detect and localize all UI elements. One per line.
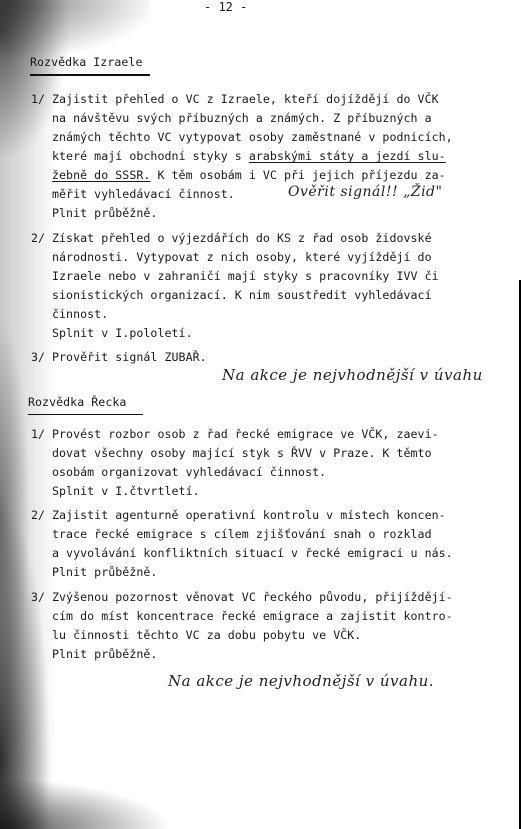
- item-line: Zajistit agenturně operativní kontrolu v…: [52, 508, 446, 523]
- item-line: měřit vyhledávací činnost.: [52, 187, 235, 202]
- item-line: dovat všechny osoby mající styk s ŘVV v …: [52, 446, 432, 461]
- item-line: cím do míst koncentrace řecké emigrace a…: [52, 609, 453, 624]
- item-line: a vyvolávání konfliktních situací v řeck…: [52, 546, 453, 561]
- item-line: národnosti. Vytypovat z nich osoby, kter…: [52, 250, 432, 265]
- item-line: trace řecké emigrace s cílem zjišťování …: [52, 527, 432, 542]
- handwritten-note: Na akce je nejvhodnější v úvahu: [222, 366, 483, 384]
- underlined-text: žebně do SSSR.: [52, 168, 150, 182]
- heading-underline: [28, 414, 143, 415]
- item-line: známých těchto VC vytypovat osoby zaměst…: [52, 130, 453, 145]
- item-number: 2/: [31, 231, 45, 246]
- line-part: K těm osobám i VC při jejich příjezdu za…: [150, 168, 445, 182]
- scan-edge-line: [519, 280, 521, 829]
- item-line: sionistických organizací. K nim soustřed…: [52, 288, 432, 303]
- item-line: činnost.: [52, 307, 108, 322]
- item-line: Plnit průběžně.: [52, 565, 157, 580]
- page-number: - 12 -: [204, 0, 247, 14]
- item-number: 2/: [31, 508, 45, 523]
- section-heading-israel: Rozvědka Izraele: [30, 55, 142, 70]
- item-line: Plnit průběžně.: [52, 206, 157, 221]
- item-number: 1/: [31, 427, 45, 442]
- item-line: Získat přehled o výjezdářích do KS z řad…: [52, 231, 432, 246]
- scan-shadow-bottom: [0, 780, 170, 829]
- item-line: Provést rozbor osob z řad řecké emigrace…: [52, 427, 439, 442]
- item-line: Splnit v I.čtvrtletí.: [52, 484, 200, 499]
- item-line: lu činnosti těchto VC za dobu pobytu ve …: [52, 628, 361, 643]
- document-page: - 12 - Rozvědka Izraele 1/ Zajistit přeh…: [0, 0, 522, 829]
- item-line: žebně do SSSR. K těm osobám i VC při jej…: [52, 168, 446, 183]
- heading-underline: [30, 74, 150, 76]
- handwritten-note: Na akce je nejvhodnější v úvahu.: [168, 672, 434, 690]
- item-line: Plnit průběžně.: [52, 647, 157, 662]
- underlined-text: arabskými státy a jezdí slu-: [249, 149, 446, 163]
- line-part: které mají obchodní styky s: [52, 149, 249, 163]
- item-number: 3/: [31, 590, 45, 605]
- handwritten-note: Ověřit signál!! „Žid": [288, 184, 442, 200]
- item-line: Izraele nebo v zahraničí mají styky s pr…: [52, 269, 439, 284]
- item-line: Zajistit přehled o VC z Izraele, kteří d…: [52, 92, 439, 107]
- item-line: Zvýšenou pozornost věnovat VC řeckého pů…: [52, 590, 453, 605]
- item-number: 3/: [31, 350, 45, 365]
- item-line: na návštěvu svých příbuzných a známých. …: [52, 111, 432, 126]
- item-line: Splnit v I.pololetí.: [52, 326, 193, 341]
- item-number: 1/: [31, 92, 45, 107]
- section-heading-greece: Rozvědka Řecka: [28, 395, 126, 410]
- item-line: osobám organizovat vyhledávací činnost.: [52, 465, 326, 480]
- item-line: Prověřit signál ZUBAŘ.: [52, 350, 207, 365]
- item-line: které mají obchodní styky s arabskými st…: [52, 149, 446, 164]
